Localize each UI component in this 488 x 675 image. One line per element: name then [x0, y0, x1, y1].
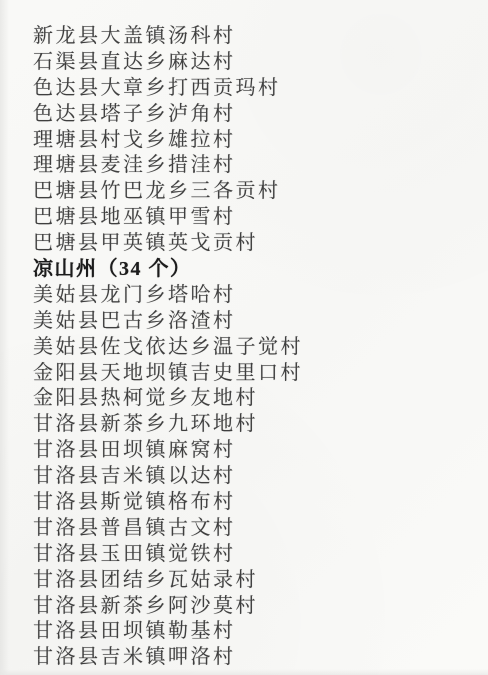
- village-list-item: 甘洛县田坝镇麻窝村: [33, 438, 468, 464]
- village-list-item: 金阳县天地坝镇吉史里口村: [33, 361, 468, 387]
- village-list-item: 甘洛县田坝镇勒基村: [33, 619, 468, 645]
- village-list-item: 甘洛县新茶乡九环地村: [33, 412, 468, 438]
- village-list-item: 色达县塔子乡泸角村: [33, 102, 468, 128]
- village-list-item: 理塘县麦洼乡措洼村: [33, 153, 468, 179]
- village-list-item: 金阳县热柯觉乡友地村: [33, 386, 468, 412]
- village-list-item: 巴塘县地巫镇甲雪村: [33, 205, 468, 231]
- village-list-item: 美姑县佐戈依达乡温子觉村: [33, 335, 468, 361]
- village-list-item: 美姑县巴古乡洛渣村: [33, 309, 468, 335]
- village-list-item: 巴塘县甲英镇英戈贡村: [33, 231, 468, 257]
- village-list-item: 石渠县直达乡麻达村: [33, 50, 468, 76]
- village-list-item: 美姑县龙门乡塔哈村: [33, 283, 468, 309]
- village-list-item: 甘洛县普昌镇古文村: [33, 516, 468, 542]
- village-list-item: 理塘县村戈乡雄拉村: [33, 128, 468, 154]
- section-heading-liangshan: 凉山州（34 个）: [33, 257, 468, 283]
- village-list-item: 甘洛县吉米镇呷洛村: [33, 645, 468, 671]
- village-list-item: 新龙县大盖镇汤科村: [33, 24, 468, 50]
- village-list-item: 甘洛县团结乡瓦姑录村: [33, 568, 468, 594]
- village-list-item: 甘洛县新茶乡阿沙莫村: [33, 594, 468, 620]
- village-list-item: 巴塘县竹巴龙乡三各贡村: [33, 179, 468, 205]
- village-list-item: 甘洛县玉田镇觉铁村: [33, 542, 468, 568]
- village-list-item: 甘洛县斯觉镇格布村: [33, 490, 468, 516]
- scanned-document-page: 新龙县大盖镇汤科村 石渠县直达乡麻达村 色达县大章乡打西贡玛村 色达县塔子乡泸角…: [0, 0, 488, 675]
- village-list-item: 色达县大章乡打西贡玛村: [33, 76, 468, 102]
- village-list-item: 甘洛县吉米镇以达村: [33, 464, 468, 490]
